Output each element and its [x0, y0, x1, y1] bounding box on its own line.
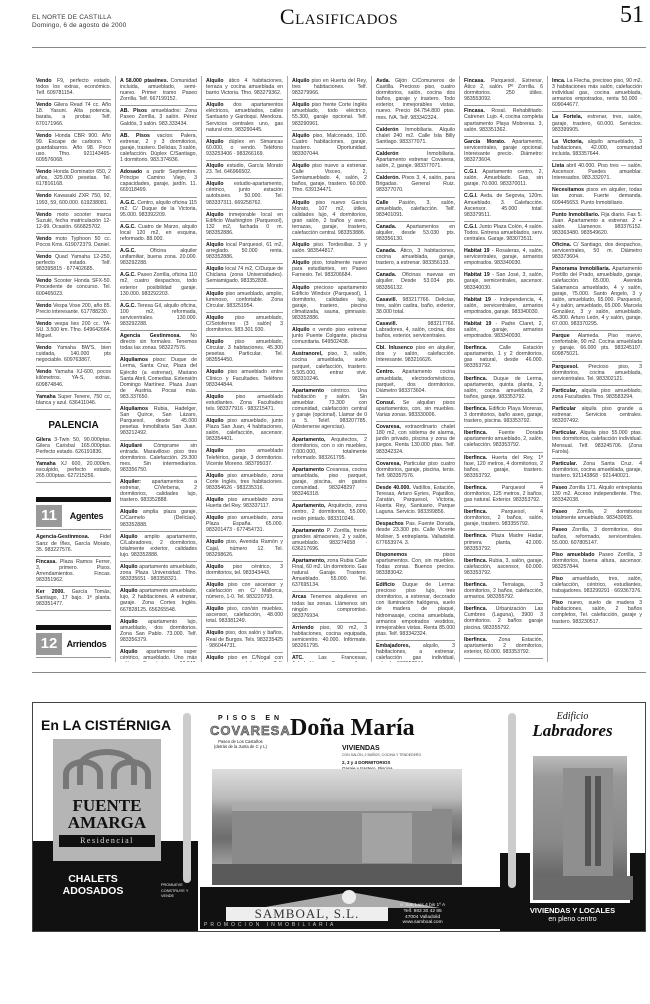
classified-ad: Arcas Tenemos alquileres en todas las zo… — [292, 592, 367, 622]
classified-ad: Alquilo local Parquesol, 61 m2, arreglad… — [206, 240, 283, 264]
column-4: Alquilo piso en Huerta del Rey, tres hab… — [288, 76, 372, 662]
ad-edificio-labradores: Edificio Labradores VIVIENDAS Y LOCALES … — [500, 703, 645, 931]
ad-lead: Alquilo — [206, 266, 224, 272]
ad-lead: Paseo — [552, 509, 567, 515]
classified-ad: Alquilo piso amueblado, zona Corte Inglé… — [206, 471, 283, 495]
classified-ad: Imca. La Flecha, precioso piso, 90 m2, 3… — [552, 76, 642, 112]
ad-lead: Parquesol. — [552, 364, 579, 370]
classified-ad: Alquilo piso amueblado, Circular. 3 habi… — [206, 337, 283, 367]
classified-ad: Austranorel, piso, 3, salón, cocina amue… — [292, 349, 367, 385]
classified-ad: Vendo Kawasaki ZXR 750, 92. 1993, 59, 60… — [36, 191, 111, 209]
ad-lead: Casavill. — [376, 321, 397, 327]
ad-lead: A.G.C. — [120, 248, 136, 254]
classified-ad: Vendo Scooter Honda SFX-50. Procedente d… — [36, 276, 111, 300]
classified-ad: Alquilo piso amueblado entre Clínico y F… — [206, 367, 283, 391]
classified-ad: Iberfinca. Parquesol 4 dormitorios, 125 … — [464, 483, 543, 507]
ad-lead: Alquilo — [206, 630, 224, 636]
ad-lead: Necesitamos — [552, 187, 584, 193]
ad-lead: Particular — [552, 406, 576, 412]
ad-lead: Alquilo — [292, 102, 310, 108]
promoter-note: PROMUEVE CONSTRUYE Y VENDE — [161, 883, 191, 900]
ad-lead: Ker 2000. — [36, 589, 65, 595]
ad-lead: Apartamento — [292, 467, 324, 473]
classified-ad: Alquilo piso amueblado estudiantes. Zona… — [206, 392, 283, 416]
ad-lead: Alquilo — [206, 163, 224, 169]
classified-ad: A.G.C. Oficina alquiler unifamiliar, bue… — [120, 246, 197, 270]
classified-ad: Alquilo apartamento amueblado, zona Plaz… — [120, 562, 197, 586]
ad-lead: Covaresa, — [376, 461, 401, 467]
ad-lead: Alquilo — [206, 315, 224, 321]
classified-ad: Covaresa, extraordinario chalet 180 m2, … — [376, 422, 455, 458]
section-number: 11 — [36, 505, 62, 527]
sun-icon — [342, 890, 356, 904]
classified-ad: Oficina. C/ Santiago, dos despachos, ser… — [552, 240, 642, 264]
classified-ad: Apartamento céntrico. Una habitación y s… — [292, 386, 367, 435]
ad-lead: Iberfinca. — [464, 485, 487, 491]
ad-lead: Cbl. Inlusenco — [376, 345, 413, 351]
column-1: Vendo F9, perfecto estado, todos los ext… — [32, 76, 116, 662]
ad-text: Apartamento Portillo del Prado, amueblad… — [552, 266, 642, 327]
classified-ad: Alquilo apartamento super céntrico, amue… — [120, 647, 197, 662]
classified-ad: Alquilo estudio-apartamento, céntrico, j… — [206, 179, 283, 209]
classified-ad: Alquilo precioso apartamento Edificio Wi… — [292, 283, 367, 326]
classified-ad: A.Z. JURO Circular, amueblado, ascensor,… — [36, 660, 111, 662]
ad-lead: Vendo — [36, 303, 52, 309]
classified-ad: Iberfinca. Urbanización Las Cumbres (Lag… — [464, 604, 543, 634]
advertisement-block: En LA CISTÉRNIGA FUENTE AMARGA Residenci… — [32, 702, 646, 932]
classified-ad: Alquilo o vendo piso estrenar junto Puen… — [292, 325, 367, 349]
ad-lead: Alquilo — [120, 564, 138, 570]
ad-lead: Alquilo — [292, 200, 310, 206]
classified-ad: Particular. Alquila piso 55.000 ptas. tr… — [552, 428, 642, 458]
section-number: 12 — [36, 633, 62, 655]
classified-ad: Panorama Inmobiliaria. Apartamento Porti… — [552, 264, 642, 331]
classified-ad: Punto Inmobiliario. Fija diario. Fas 5. … — [552, 210, 642, 240]
ad-lead: Yamaha — [36, 394, 56, 400]
ad-lead: Vendo — [36, 212, 52, 218]
ad-lead: Oficina. — [552, 242, 571, 248]
ad-lead: Vendo — [36, 321, 52, 327]
classified-ad: Calle Pasión, 3, salón, amueblado, calef… — [376, 198, 455, 222]
classified-ad: A.G.C. Teresa Gil, alquilo oficina, 100 … — [120, 301, 197, 331]
classified-ad: Alquilo amplio apartamento, C/Labradores… — [120, 532, 197, 562]
classified-ad: Vendo Honda Dominator 650, 2 años, 325.0… — [36, 167, 111, 191]
classified-ad: Canada. Oficinas nuevas en alquiler. Des… — [376, 270, 455, 294]
ad-lead: Alquilo — [206, 655, 224, 661]
ad-lead: Apartamento — [292, 528, 324, 534]
classified-ad: Fincasa. Plaza Ramos Ferrer, 3, primero.… — [36, 557, 111, 587]
ad-lead: Agencia-Gestinmosa. — [36, 534, 89, 540]
ad-lead: Parque — [552, 333, 570, 339]
ad-lead: Alquilo — [292, 163, 310, 169]
ad-lead: Apartamento, — [292, 503, 325, 509]
ad-lead: Alquilaré — [120, 443, 142, 449]
classified-ad: García Morato. Apartamento, servicentral… — [464, 137, 543, 167]
classified-ad: Vendo vespa lies 200 cc. YA-SU. 3.500 km… — [36, 319, 111, 343]
ad-text: amueblado, tres, salón, calefacción, cén… — [552, 576, 642, 594]
classified-ad: Adosado a partir Septiembre. Príncipe Ca… — [120, 167, 197, 197]
classified-ad: Vendo Quad Yamaha 12-250, perfecto estad… — [36, 252, 111, 276]
column-2: A 58.000 ptas/mes. Comunidad incluida, a… — [116, 76, 202, 662]
ad-lead: Vendo — [36, 102, 52, 108]
classified-ad: Casavill. 983217766. Labradores, 4, saló… — [376, 319, 455, 343]
classified-ad: Iberfinca. Huerta del Rey, 1ª fase, 120 … — [464, 453, 543, 483]
ad-lead: García Morato. — [464, 139, 506, 145]
ad-lead: Apartamento, — [292, 558, 325, 564]
ad-lead: Particular. — [552, 461, 577, 467]
ad-lead: Imca. — [552, 78, 565, 84]
column-7: Imca. La Flecha, precioso piso, 90 m2, 3… — [548, 76, 646, 662]
classified-ad: AB. Pisos vacíos: Palera, estrenar, 2 y … — [120, 131, 197, 167]
classified-ad: Ker 2000. García Tomás, Santiago, 17 baj… — [36, 587, 111, 611]
ad-lead: Particular. — [552, 430, 577, 436]
classified-ad: Vendo moto Typhoon 50 cc. Pocos Kms. 619… — [36, 234, 111, 252]
classified-ad: Iberfinca. Fuente Dorada apartamento amu… — [464, 428, 543, 452]
samboal-contact: c/ San Luis 4 bis 1º A Telf. 983 30 42 8… — [400, 903, 445, 926]
classified-ad: Paseo Zorrilla, 2 dormitorios totalmente… — [552, 507, 642, 525]
ad-lead: Alquilo — [206, 181, 224, 187]
classified-ad: Consul. Se alquilan pisos apartamentos, … — [376, 398, 455, 422]
ad-lead: A.G.C. — [120, 303, 136, 309]
classified-ad: Vendo Yamaha BW'S, bien cuidada, 140.000… — [36, 343, 111, 367]
classified-ad: Particular alquila piso grande a estrena… — [552, 404, 642, 428]
ad-lead: Alquilo — [206, 418, 224, 424]
classified-ad: Habitat 19 - Independencia, 4, salón, se… — [464, 295, 543, 319]
classified-ad: Alquilo piso, totalmente nuevo para estu… — [292, 258, 367, 282]
brand-name: Doña María — [290, 715, 415, 742]
page-number: 51 — [620, 2, 644, 29]
classified-ad: Alquilo dos apartamentos eléctricos, amu… — [206, 100, 283, 136]
ad-lead: C.G.I. — [464, 224, 478, 230]
classified-ad: Alquilaré Cómprame sin entrada. Maravill… — [120, 441, 197, 477]
ad-lead: A.G.C. — [120, 224, 136, 230]
ad-lead: Alquilo — [206, 369, 224, 375]
ad-lead: Alquilo — [206, 473, 224, 479]
ad-lead: Habitat 19 — [464, 248, 490, 254]
ad-lead: Vendo — [36, 193, 52, 199]
classified-ad: Alquilo inmejorable local en Edificio Wa… — [206, 210, 283, 240]
classified-ad: ATC. Las Francesas, Achabalde. San Juan,… — [292, 653, 367, 662]
ad-text: Las Francesas, Achabalde. San Juan, Para… — [292, 655, 367, 662]
ad-lead: Alquilo — [206, 212, 224, 218]
ad-lead: AB. Pisos — [120, 133, 150, 139]
classified-ad: Alquilo dúplex en Simancas 60.000, o ven… — [206, 137, 283, 161]
classified-ad: Alquilo local 74 m2, C/Duque de Chiclana… — [206, 264, 283, 288]
classified-ad: Alquilo piso con ascensor y calefacción … — [206, 580, 283, 604]
ad-lead: Alquilo — [292, 327, 310, 333]
ad-lead: Alquilo — [292, 242, 310, 248]
ad-lead: Alquilo — [206, 242, 224, 248]
ad-lead: A.G.C. — [120, 272, 136, 278]
classified-ad: Vendo F9, perfecto estado, todos los ext… — [36, 76, 111, 100]
ad-lead: ATC. — [292, 655, 304, 661]
classified-ad: Fincasa. Parquesol. Estrenar, Ático 2, s… — [464, 76, 543, 106]
classified-ad: Alquiler: apartamentos a estrenar, C/Ver… — [120, 477, 197, 507]
classified-ad: Alquilo piso, dos salón y baños, Real de… — [206, 628, 283, 652]
classified-ad: Paseo Zorrilla 171. Alquilo entreplanta … — [552, 483, 642, 507]
ad-text: La Flecha, precioso piso, 90 m2, 3 habit… — [552, 78, 642, 108]
ad-lead: Alquilo — [206, 515, 224, 521]
ad-lead: Alquilo — [206, 394, 224, 400]
fuente-amarga-logo: FUENTE AMARGA Residencial — [53, 739, 161, 861]
classified-ad: Iberfinca. Zona Estación, apartamento 2 … — [464, 635, 543, 659]
classified-ad: Yamaha XJ 600, 20.000km. esculpido, perf… — [36, 459, 111, 483]
ad-lead: Consul. — [376, 400, 395, 406]
ad-lead: Alquilo — [120, 588, 138, 594]
ad-lead: A.G.C. — [120, 200, 136, 206]
ad-lead: C.G.I. — [464, 169, 478, 175]
classified-ad: Canada. Ático, 3 habitaciones, cocina am… — [376, 246, 455, 270]
ad-lead: Vendo — [36, 345, 52, 351]
ad-headline: En LA CISTÉRNIGA — [41, 717, 171, 733]
classified-ad: Alquilo piso amueblado, junto Plaza San … — [206, 416, 283, 446]
ad-lead: Vendo — [36, 169, 52, 175]
city-heading: PALENCIA — [36, 420, 111, 431]
samboal-logo: SAMBOAL, S.L. — [226, 907, 388, 921]
wave-divider-icon — [183, 713, 191, 883]
classified-ad: Covaresa, Particular piso cuatro dormito… — [376, 459, 455, 483]
ad-lead: Iberfinca. — [464, 582, 487, 588]
classified-ad: Iberfinca. Terralaga, 3 dormitorios, 2 b… — [464, 580, 543, 604]
classified-ad: Avda. Gijón C/Comuneros de Castilla. Pre… — [376, 76, 455, 125]
classified-ad: Alquilo piso amueblado zona Huerta del R… — [206, 495, 283, 513]
classified-ad: Necesitamos pisos en alquiler, todas las… — [552, 185, 642, 209]
classified-ad: Parque Alameda. Piso nuevo, confortable,… — [552, 331, 642, 361]
classified-ad: Alquilo apartamento lujo, amueblado, dos… — [120, 617, 197, 647]
classified-ad: Alquilo piso nuevo García Morato, 107 m2… — [292, 198, 367, 241]
ad-lead: Alquilamos — [120, 406, 148, 412]
ad-lead: Alquilo — [120, 619, 138, 625]
classified-ad: Piso amueblado, tres, salón, calefacción… — [552, 574, 642, 598]
page-header: EL NORTE DE CASTILLA Domingo, 6 de agost… — [32, 0, 646, 48]
ad-lead: Iberfinca. — [464, 606, 487, 612]
ad-lead: Alquilo — [292, 133, 310, 139]
classified-ad: C.G.I. Junto Plaza Colón, 4 salón. Todos… — [464, 222, 543, 246]
ad-lead: Iberfinca. — [464, 509, 487, 515]
ad-lead: Apartamento — [292, 388, 324, 394]
ad-lead: Alquilo — [120, 649, 138, 655]
classified-ad: Alquilamos Rubia, Hadelger, San Quirce, … — [120, 404, 197, 440]
ad-lead: Vendo — [36, 369, 52, 375]
ad-lead: Piso — [552, 600, 563, 606]
section-label: Agentes — [62, 511, 111, 521]
ad-lead: Adosado — [120, 169, 142, 175]
ad-lead: Centro. — [376, 369, 394, 375]
ad-text: Pasión, 3, salón, amueblado, calefacción… — [376, 200, 455, 218]
ad-lead: Vendo — [36, 133, 52, 139]
ad-lead: Alquilo — [292, 260, 310, 266]
classified-ad: Alquilo piso, Malconado, 100. Cuatro hab… — [292, 131, 367, 161]
section-heading: 12Arriendos — [36, 630, 111, 658]
classified-ad: Alquilo piso nuevo a estrenar. Calle Vis… — [292, 161, 367, 197]
classified-ad: Vendo Vespa Vose 200, año 85. Precio int… — [36, 301, 111, 319]
classified-ad: Calderón Inmobiliaria. Apartamento estre… — [376, 149, 455, 173]
ad-text: piso nuevo García Morato, 107 m2, útiles… — [292, 200, 367, 236]
product-label: CHALETS ADOSADOS — [33, 873, 153, 897]
ad-lead: Alquilo — [206, 139, 224, 145]
building-photo — [212, 769, 462, 885]
ad-lead: Calderón — [376, 127, 398, 133]
labradores-logo: Labradores — [500, 721, 645, 741]
ad-text: pisos: Duque de Lerma, Santa Cruz, Plaza… — [120, 357, 197, 400]
ad-lead: Panorama Inmobiliaria. — [552, 266, 610, 272]
ad-lead: Apartamento, — [292, 437, 325, 443]
ad-lead: Alquilo — [206, 291, 224, 297]
ad-lead: Iberfinca. — [464, 455, 487, 461]
column-6: Fincasa. Parquesol. Estrenar, Ático 2, s… — [460, 76, 548, 662]
classified-ad: Alquilo piso, con/sin muebles, ascensor,… — [206, 604, 283, 628]
ad-lead: Calderón. — [376, 175, 400, 181]
classified-ad: Desde 40.000. Vadillos, Estación, Teresa… — [376, 483, 455, 519]
ad-lead: Agencia Gestinmosa. — [120, 333, 181, 339]
classified-ad: Edificio Duque de Lerma: precioso piso l… — [376, 580, 455, 641]
ad-lead: Alquilo — [206, 78, 224, 84]
classified-ad: A.G.C. Centro, alquilo oficina 115 m2. C… — [120, 198, 197, 222]
classified-ad: Alquilo piso amueblado, amplio, luminoso… — [206, 289, 283, 313]
ad-lead: La Fortela, — [552, 114, 582, 120]
classified-ad: Alquilo estudio, García Morato 23. Tel. … — [206, 161, 283, 179]
classified-ad: La Fortela, estrenar, tres, salón, garaj… — [552, 112, 642, 136]
ad-lead: Vendo — [36, 254, 52, 260]
ad-lead: AB. Pisos — [120, 108, 147, 114]
ad-lead: Alquilamos — [120, 357, 148, 363]
classified-ad: A 58.000 ptas/mes. Comunidad incluida, a… — [120, 76, 197, 106]
ad-lead: Alquilo — [206, 582, 224, 588]
section-heading: 11Agentes — [36, 502, 111, 530]
ad-dona-maria: PISOS EN COVARESA Paseo de Los Castaños … — [200, 703, 500, 931]
classified-ad: Apartamento P. Zorrilla, frente grandes … — [292, 526, 367, 556]
section-label: Arriendos — [62, 639, 111, 649]
ad-text: Duque de Lerma: precioso piso lujo, tres… — [376, 582, 455, 637]
classified-ad: Embajadores, alquilo, 3 habitaciones, a … — [376, 641, 455, 662]
ad-lead: Despachos — [376, 521, 404, 527]
classified-ad: Vendo moto scooter marca Suzuki, fecha m… — [36, 210, 111, 234]
classified-ad: Piso nuevo, suelo de madera 3 habitacion… — [552, 598, 642, 628]
classified-ad: Disponemos pisos apartamentos. Con, sin … — [376, 550, 455, 580]
classified-ad: Alquilo piso. Tordesillas. 3 y salón. 98… — [292, 240, 367, 258]
classifieds-columns: Vendo F9, perfecto estado, todos los ext… — [32, 76, 646, 662]
classified-ad: Alquilo piso céntrico, 3 dormitorios, te… — [206, 562, 283, 580]
building-photo — [530, 753, 630, 903]
ad-lead: Piso amueblado — [552, 552, 595, 558]
classified-ad: Alquilo ático 4 habitaciones, terraza y … — [206, 76, 283, 100]
classified-ad: Paseo Zorrilla, 3 dormitorios, dos baños… — [552, 525, 642, 549]
classified-ad: Apartamento, Arquitecto, zona centro, 2 … — [292, 501, 367, 525]
classified-ad: Iberfinca. Edificio Playa Moreras, 3 dor… — [464, 404, 543, 428]
ad-lead: Arriendo — [292, 625, 314, 631]
column-3: Alquilo ático 4 habitaciones, terraza y … — [202, 76, 288, 662]
classified-ad: Lista abril 40.000. Piso tres — salón. A… — [552, 161, 642, 185]
ad-lead: Arcas — [292, 594, 306, 600]
classified-ad: Alquilo apartamento amueblado, lujo, 2 h… — [120, 586, 197, 616]
ad-fuente-amarga: En LA CISTÉRNIGA FUENTE AMARGA Residenci… — [33, 703, 198, 931]
ad-lead: Paseo — [552, 485, 567, 491]
ad-lead: Austranorel, — [292, 351, 323, 357]
classified-ad: Alquilamos pisos: Duque de Lerma, Santa … — [120, 355, 197, 404]
classified-ad: Vendo Honda CBR 900. Año 99. Escape de c… — [36, 131, 111, 167]
ad-lead: Vendo — [36, 236, 52, 242]
classified-ad: Agencia-Gestinmosa. Fidel Sanz de Íñes, … — [36, 532, 111, 556]
ad-lead: Particular, — [552, 388, 577, 394]
ad-lead: Casavill. — [376, 297, 397, 303]
ad-lead: Alquilo — [292, 78, 310, 84]
classified-ad: Piso amueblado Paseo Zorrilla, 3 dormito… — [552, 550, 642, 574]
ad-lead: Habitat 19 — [464, 321, 491, 327]
section-title: Clasificados — [32, 4, 646, 30]
covaresa-logo: COVARESA — [210, 723, 291, 738]
ad-lead: Avda. — [376, 78, 390, 84]
ad-text: nuevo, suelo de madera 3 habitaciones, s… — [552, 600, 642, 624]
classified-ad: Parquesol. Precioso piso, 3 dormitorios,… — [552, 362, 642, 386]
ad-lead: Alquilo — [206, 448, 224, 454]
classified-ad: Alquilo piso, Avenida Ramón y Cajal, núm… — [206, 537, 283, 561]
classified-ad: Iberfinca. Rubia, 3, salón, garaje, cale… — [464, 556, 543, 580]
column-5: Avda. Gijón C/Comuneros de Castilla. Pre… — [372, 76, 460, 662]
classified-ad: Alquilo piso amueblado, C/Sotoferres (3 … — [206, 313, 283, 337]
ad-lead: Canada. — [376, 224, 396, 230]
classified-ad: Iberfinca. Plaza Madre Hadar, primera pl… — [464, 531, 543, 555]
classified-ad: Habitat 19 - Rosaleras, 4, salón, servic… — [464, 246, 543, 270]
ad-lead: Alquiler: — [120, 479, 141, 485]
ad-lead: Alquilo — [206, 497, 224, 503]
classified-ad: Centro. Apartamento cocina amueblada, el… — [376, 367, 455, 397]
ad-text: céntrico. Una habitación y salón. Sin am… — [292, 388, 367, 431]
classified-ad: Vendo Yamaha XJ-600, pocos kilómetros. Y… — [36, 367, 111, 391]
ad-lead: Alquilo — [206, 102, 224, 108]
ad-lead: Punto Inmobiliario. — [552, 212, 599, 218]
classified-ad: C.G.I. Avda. de Segovia, 120m. Amueblado… — [464, 191, 543, 221]
ad-text: precioso apartamento Edificio Windsor (P… — [292, 285, 367, 321]
classified-ad: Apartamento, zona Rubia Calle Final, 60 … — [292, 556, 367, 592]
ad-lead: Iberfinca. — [464, 558, 487, 564]
classified-ad: Calderón Inmobiliaria. Alquilo chalet 24… — [376, 125, 455, 149]
ad-lead: Edificio — [376, 582, 395, 588]
classified-ad: Habitat 19 - San José, 3, salón, garaje,… — [464, 270, 543, 294]
ad-lead: Alquilo — [206, 539, 224, 545]
classified-ad: Iberfinca. Parquesol, 4 dormitorios, 2 b… — [464, 507, 543, 531]
classified-ad: Alquilo amplia plaza garaje, C/Carmelo (… — [120, 507, 197, 531]
ad-lead: Alquilo — [206, 564, 224, 570]
ad-lead: Canada. — [376, 248, 396, 254]
classified-ad: Alquilo piso amueblado Teleférico, garaj… — [206, 446, 283, 470]
classified-ad: Apartamento, Arquitectos, 2 dormitorios,… — [292, 435, 367, 465]
ad-lead: Habitat 19 — [464, 297, 491, 303]
ad-lead: Yamaha — [36, 461, 56, 467]
ad-lead: Iberfinca. — [464, 345, 487, 351]
ad-lead: Piso — [552, 576, 563, 582]
classified-ad: Vendo Gilera Read 74 cc. Año 18. Yasuni.… — [36, 100, 111, 130]
ad-lead: Alquilo — [206, 339, 224, 345]
classified-ad: Habitat 19 - Padre Claret, 2, salón, gar… — [464, 319, 543, 343]
ad-lead: Iberfinca. — [464, 637, 487, 643]
ad-lead: Vendo — [36, 278, 52, 284]
classified-ad: Particular. Zona Santa Cruz. 4 dormitori… — [552, 459, 642, 483]
classified-ad: Alquilo piso amueblado, zona Plaza Españ… — [206, 513, 283, 537]
classified-ad: Apartamento Covaresa, cocina amueblada, … — [292, 465, 367, 501]
classified-ad: Despachos Pas. Fuente Dorada, desde 23.3… — [376, 519, 455, 549]
classified-ad: Alquilo piso en C/Nogal con ascensor y c… — [206, 653, 283, 662]
classified-ad: Cbl. Inlusenco piso en alquiler, dos y s… — [376, 343, 455, 367]
ad-lead: Canada. — [376, 272, 396, 278]
classified-ad: C.G.I. Apartamento centro, 2, salón. Amu… — [464, 167, 543, 191]
ad-lead: Calderón — [376, 151, 398, 157]
ad-lead: La Victoria, — [552, 139, 583, 145]
ad-lead: Embajadores, — [376, 643, 410, 649]
ad-lead: Alquilo — [206, 606, 224, 612]
classified-ad: Particular, alquila piso amueblado, zona… — [552, 386, 642, 404]
ad-lead: Disponemos — [376, 552, 407, 558]
classified-ad: A.G.C. Paseo Zorrilla, oficina 110 m2, c… — [120, 270, 197, 300]
